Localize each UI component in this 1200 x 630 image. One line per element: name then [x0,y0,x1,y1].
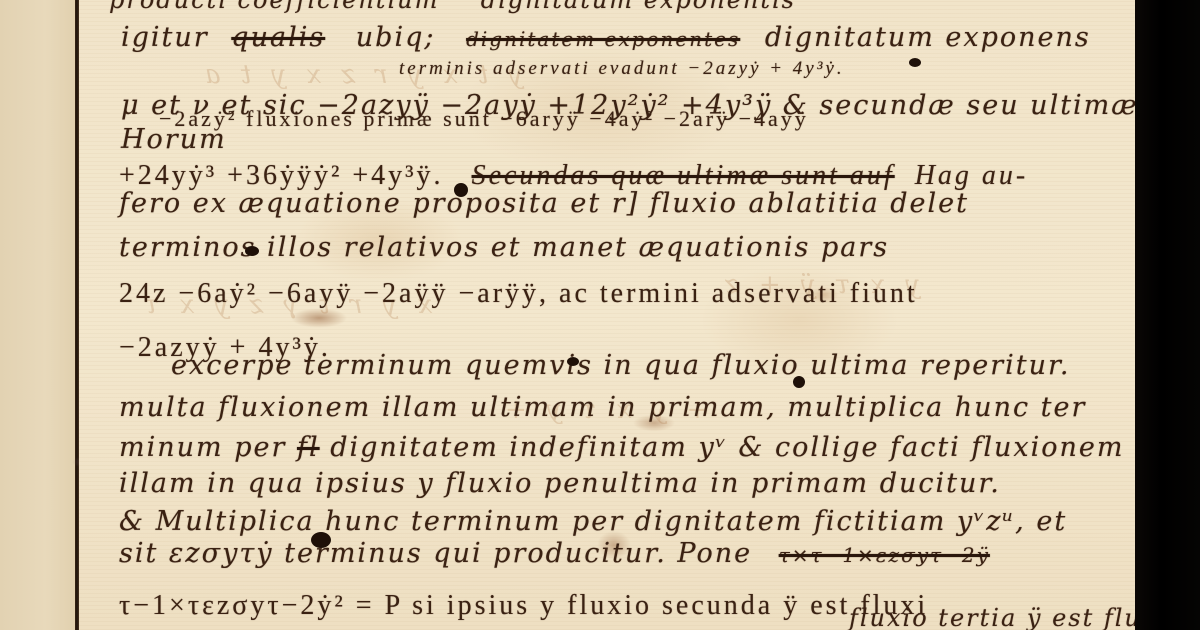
ink-blot [454,183,468,197]
text-line-2: igitur qualis ubiq; dignitatem exponente… [121,22,1091,53]
struck-formula: τ×τ−1×εzσyτ−2ÿ [779,543,990,567]
struck-word: qualis [231,22,325,53]
ink-blot [245,246,259,256]
facing-page-margin [0,0,76,630]
manuscript-page: y t x y r z x y t a x y r t γ z y x τ + … [79,0,1135,630]
manuscript-scan: y t x y r z x y t a x y r t γ z y x τ + … [0,0,1200,630]
text-line-5-math: −2azẏ² fluxiones primæ sunt −6arẏÿ −4aẏ²… [159,106,809,132]
text-line-14: illam in qua ipsius y fluxio penultima i… [119,468,1001,499]
text-line-3-insert: terminis adservati evadunt −2azyẏ + 4y³ẏ… [399,58,845,80]
text-line-1: producti coefficientium ^ dignitatum exp… [109,0,796,14]
ink-blot [567,357,579,366]
struck-word: fl [297,432,320,463]
text-line-7: fero ex æquatione proposita et r] fluxio… [119,188,969,219]
text-line-12: multa fluxionem illam ultimam in primam,… [119,392,1086,423]
text-line-16: sit εzσyτẏ terminus qui producitur. Pone… [119,538,990,569]
text-line-18: fluxio tertia ÿ est fluxi [849,604,1167,630]
text-line-9: 24z −6aẏ² −6ayÿ −2aÿÿ −arÿÿ, ac termini … [119,278,918,310]
struck-phrase: Secundas quæ ultimæ sunt auf [472,160,895,191]
book-binding-shadow [1135,0,1200,630]
text-line-13: minum per fl dignitatem indefinitam yᵛ &… [119,432,1125,463]
text-line-17: τ−1×τεzσyτ−2ẏ² = P si ipsius y fluxio se… [119,590,928,622]
text-line-8: terminos illos relativos et manet æquati… [119,232,889,263]
text-line-15: & Multiplica hunc terminum per dignitate… [119,506,1067,537]
text-line-11: excerpe terminum quemvis in qua fluxio u… [171,350,1071,381]
struck-word: dignitatem exponentes [466,27,740,51]
manuscript-text: producti coefficientium ^ dignitatum exp… [79,0,1135,630]
ink-blot [311,532,331,548]
ink-blot [793,376,805,388]
ink-blot [909,58,921,67]
